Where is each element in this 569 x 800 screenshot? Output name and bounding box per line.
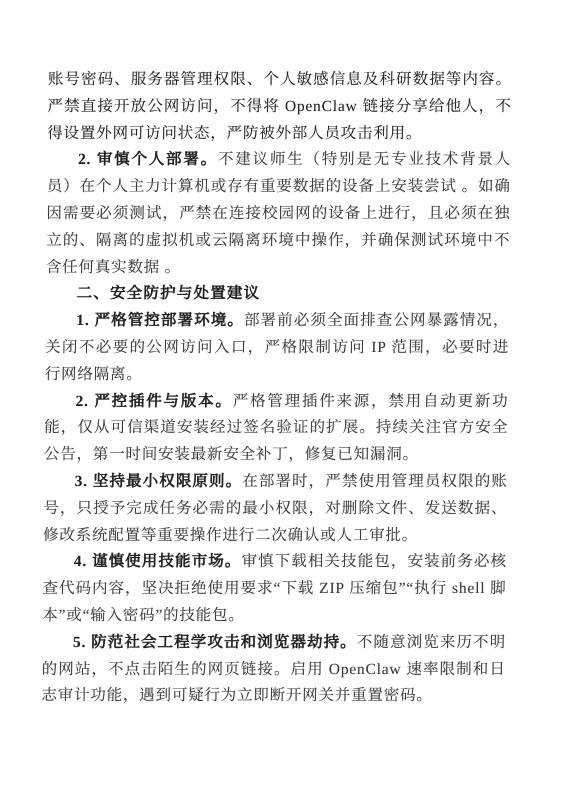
paragraph-lead: 2. 审慎个人部署。: [78, 151, 218, 168]
paragraph-item-control-plugins-versions: 2. 严控插件与版本。严格管理插件来源，禁用自动更新功能，仅从可信渠道安装经过签…: [44, 389, 509, 469]
paragraph-text: 账号密码、服务器管理权限、个人敏感信息及科研数据等内容。严禁直接开放公网访问，不…: [47, 71, 512, 142]
scanned-document-page: 账号密码、服务器管理权限、个人敏感信息及科研数据等内容。严禁直接开放公网访问，不…: [0, 0, 569, 800]
paragraph-lead: 2. 严控插件与版本。: [75, 393, 232, 410]
section-heading-text: 二、安全防护与处置建议: [77, 285, 261, 302]
document-text-block: 账号密码、服务器管理权限、个人敏感信息及科研数据等内容。严禁直接开放公网访问，不…: [41, 67, 512, 710]
paragraph-continuation-bold: 账号密码、服务器管理权限、个人敏感信息及科研数据等内容。严禁直接开放公网访问，不…: [47, 67, 512, 147]
paragraph-lead: 1. 严格管控部署环境。: [76, 312, 244, 329]
paragraph-lead: 3. 坚持最小权限原则。: [75, 473, 243, 490]
paragraph-item-careful-personal-deploy: 2. 审慎个人部署。不建议师生（特别是无专业技术背景人员）在个人主力计算机或存有…: [46, 147, 511, 281]
paragraph-item-control-deploy-env: 1. 严格管控部署环境。部署前必须全面排查公网暴露情况，关闭不必要的公网访问入口…: [45, 308, 510, 388]
paragraph-lead: 4. 谨慎使用技能市场。: [74, 553, 242, 570]
paragraph-text: 不建议师生（特别是无专业技术背景人员）在个人主力计算机或存有重要数据的设备上安装…: [46, 151, 511, 275]
paragraph-item-skill-market-caution: 4. 谨慎使用技能市场。审慎下载相关技能包，安装前务必核查代码内容，坚决拒绝使用…: [42, 549, 507, 629]
paragraph-item-social-engineering-defense: 5. 防范社会工程学攻击和浏览器劫持。不随意浏览来历不明的网站，不点击陌生的网页…: [41, 630, 506, 710]
section-heading: 二、安全防护与处置建议: [45, 281, 509, 308]
paragraph-item-least-privilege: 3. 坚持最小权限原则。在部署时，严禁使用管理员权限的账号，只授予完成任务必需的…: [43, 469, 508, 549]
paragraph-lead: 5. 防范社会工程学攻击和浏览器劫持。: [73, 634, 357, 651]
